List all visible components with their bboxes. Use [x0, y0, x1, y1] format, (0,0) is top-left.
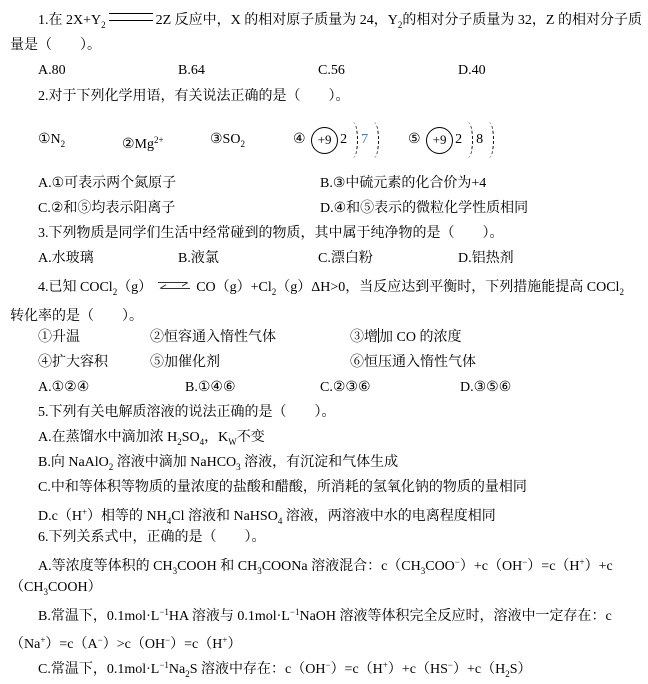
q1-options: A.80B.64C.56D.40 — [10, 58, 638, 83]
q5-option-b: B.向 NaAlO2 溶液中滴加 NaHCO3 溶液，有沉淀和气体生成 — [10, 450, 638, 475]
text-run: 2.对于下列化学用语，有关说法正确的是（ ）。 — [38, 89, 350, 104]
text-run: ②Mg — [122, 137, 154, 152]
q6-option-a-line2: （CH3COOH） — [10, 575, 638, 600]
text-run: 转化率的是（ ）。 — [10, 309, 143, 324]
q4-item-1: ①升温 — [38, 325, 80, 350]
q2-term-4-atom-diagram: ④ +927 — [293, 109, 382, 171]
text-run: B.③中硫元素的化合价为+4 — [320, 176, 486, 191]
q5-stem: 5.下列有关电解质溶液的说法正确的是（ ）。 — [10, 400, 638, 425]
text-run: 1.在 2X+Y — [38, 13, 101, 28]
text-run: B.①④⑥ — [185, 380, 236, 395]
text-run: 溶液，有沉淀和气体生成 — [241, 455, 399, 470]
electron-shell-arc — [348, 122, 358, 158]
text-run: C.漂白粉 — [318, 251, 373, 266]
text-run: （CH — [10, 580, 43, 595]
text-run: C.常温下，0.1mol·L — [38, 662, 159, 677]
text-run: ）+c（OH — [460, 559, 522, 574]
text-run: ）=c（H — [331, 662, 383, 677]
text-run: 溶液，两溶液中水的电离程度相同 — [282, 509, 496, 524]
q2-stem: 2.对于下列化学用语，有关说法正确的是（ ）。 — [10, 84, 638, 109]
text-run: 的相对分子质量为 32，Z 的相对分子质 — [402, 13, 642, 28]
q4-option-b: B.①④⑥ — [185, 375, 236, 400]
q5-option-c: C.中和等体积等物质的量浓度的盐酸和醋酸，所消耗的氢氧化钠的物质的量相同 — [10, 475, 638, 500]
text-run: ）=c（A — [45, 637, 97, 652]
text-run: ）+c（HS — [388, 662, 448, 677]
text-run: CO（g）+Cl — [196, 280, 272, 295]
text-run: 2 — [61, 139, 66, 149]
text-run: 2 — [240, 139, 245, 149]
q4-stem-line1: 4.已知 COCl2（g）CO（g）+Cl2（g）ΔH>0，当反应达到平衡时，下… — [10, 275, 638, 300]
text-run: 6.下列关系式中，正确的是（ ）。 — [38, 530, 266, 545]
q6-option-b-line2: （Na+）=c（A−）>c（OH−）=c（H+） — [10, 628, 638, 653]
text-run: A.在蒸馏水中滴加浓 H — [38, 430, 177, 445]
text-run: ，K — [204, 430, 228, 445]
text-run: ）=c（H — [170, 637, 222, 652]
q4-item-4: ④扩大容积 — [38, 350, 108, 375]
q6-option-b-line1: B.常温下，0.1mol·L−1HA 溶液与 0.1mol·L−1NaOH 溶液… — [10, 600, 638, 625]
text-run: ④扩大容积 — [38, 355, 108, 370]
text-run: ③SO — [210, 132, 240, 147]
text-run: W — [228, 437, 237, 447]
q4-option-a: A.①②④ — [38, 375, 89, 400]
text-run: B.向 NaAlO — [38, 455, 109, 470]
text-run: COO — [425, 559, 455, 574]
q2-options-ab: A.①可表示两个氮原子B.③中硫元素的化合价为+4 — [10, 171, 638, 196]
text-run: C.②和⑤均表示阳离子 — [38, 201, 175, 216]
text-run: ） — [227, 637, 241, 652]
q4-option-d: D.③⑤⑥ — [460, 375, 511, 400]
text-run: HA 溶液与 0.1mol·L — [169, 609, 290, 624]
text-run: 量是（ ）。 — [10, 38, 101, 53]
q4-item-3: ③增加 CO 的浓度 — [350, 325, 461, 350]
equilibrium-arrows-icon — [157, 279, 191, 293]
q4-options: A.①②④B.①④⑥C.②③⑥D.③⑤⑥ — [10, 375, 638, 400]
text-run: ③增 — [350, 330, 378, 345]
double-bond-line — [109, 13, 153, 21]
text-run: ①升温 — [38, 330, 80, 345]
q4-option-c: C.②③⑥ — [320, 375, 371, 400]
q4-items-row1: ①升温②恒容通入惰性气体③增加 CO 的浓度 — [10, 325, 638, 350]
q2-option-b: B.③中硫元素的化合价为+4 — [320, 171, 486, 196]
q4-item-2: ②恒容通入惰性气体 — [150, 325, 276, 350]
q1-option-b: B.64 — [178, 58, 205, 83]
q3-stem: 3.下列物质是同学们生活中经常碰到的物质，其中属于纯净物的是（ ）。 — [10, 221, 638, 246]
text-run: 加 CO 的浓度 — [379, 330, 461, 345]
q4-item-6: ⑥恒压通入惰性气体 — [350, 350, 476, 375]
text-run: C.②③⑥ — [320, 380, 371, 395]
text-run: 2Z 反应中，X 的相对原子质量为 24，Y — [156, 13, 398, 28]
text-run: A.①②④ — [38, 380, 89, 395]
q6-option-c: C.常温下，0.1mol·L−1Na2S 溶液中存在：c（OH−）=c（H+）+… — [10, 653, 638, 678]
q3-option-d: D.铝热剂 — [458, 246, 514, 271]
q6-option-a-line1: A.等浓度等体积的 CH3COOH 和 CH3COONa 溶液混合：c（CH3C… — [10, 550, 638, 575]
text-run: 5.下列有关电解质溶液的说法正确的是（ ）。 — [38, 405, 336, 420]
text-run: D.40 — [458, 63, 486, 78]
text-run: ）相等的 NH — [87, 509, 167, 524]
nucleus-charge: +9 — [311, 127, 338, 154]
text-run: 3.下列物质是同学们生活中经常碰到的物质，其中属于纯净物的是（ ）。 — [38, 226, 504, 241]
text-run: −1 — [159, 660, 169, 670]
text-run: 2+ — [154, 135, 164, 145]
q1-option-a: A.80 — [38, 58, 66, 83]
text-run: ）>c（OH — [103, 637, 165, 652]
text-run: ）+c — [585, 559, 613, 574]
text-run: ④ — [293, 132, 309, 147]
text-run: ①N — [38, 132, 61, 147]
text-run: 2 — [101, 20, 106, 30]
text-run: S 溶液中存在：c（OH — [190, 662, 326, 677]
q1-stem-line2: 量是（ ）。 — [10, 33, 638, 58]
q2-terms-row: ①N2②Mg2+③SO2④ +927⑤ +928 — [10, 109, 638, 171]
text-run: ②恒容通入惰性气体 — [150, 330, 276, 345]
text-run: D.c（H — [38, 509, 82, 524]
text-run: ⑤加催化剂 — [150, 355, 220, 370]
q2-term-5-atom-diagram: ⑤ +928 — [408, 109, 497, 171]
text-run: SO — [182, 430, 200, 445]
text-run: B.常温下，0.1mol·L — [38, 609, 159, 624]
q6-stem: 6.下列关系式中，正确的是（ ）。 — [10, 525, 638, 550]
text-run: （g） — [117, 280, 152, 295]
q3-option-c: C.漂白粉 — [318, 246, 373, 271]
text-run: 4.已知 COCl — [38, 280, 113, 295]
q2-term-1: ①N2 — [38, 109, 65, 175]
text-run: 2 — [340, 132, 347, 147]
q2-option-d: D.④和⑤表示的微粒化学性质相同 — [320, 196, 528, 221]
text-run: 7 — [361, 132, 368, 147]
text-run: 2 — [619, 287, 624, 297]
q3-option-a: A.水玻璃 — [38, 246, 94, 271]
q2-option-a: A.①可表示两个氮原子 — [38, 171, 176, 196]
text-run: COOH） — [48, 580, 102, 595]
electron-shell-arc — [484, 122, 494, 158]
text-run: S） — [510, 662, 532, 677]
text-run: A.水玻璃 — [38, 251, 94, 266]
text-run: COONa 溶液混合：c（CH — [262, 559, 421, 574]
q5-option-a: A.在蒸馏水中滴加浓 H2SO4，KW不变 — [10, 425, 638, 450]
text-run: B.液氯 — [178, 251, 219, 266]
text-run: A.等浓度等体积的 CH — [38, 559, 173, 574]
text-run: （g）ΔH>0，当反应达到平衡时，下列措施能提高 COCl — [276, 280, 619, 295]
electron-shell-arc — [463, 122, 473, 158]
nucleus-charge: +9 — [426, 127, 453, 154]
q3-options: A.水玻璃B.液氯C.漂白粉D.铝热剂 — [10, 246, 638, 271]
text-run: 溶液中滴加 NaHCO — [113, 455, 236, 470]
text-run: −1 — [159, 607, 169, 617]
text-run: 不变 — [237, 430, 265, 445]
q3-option-b: B.液氯 — [178, 246, 219, 271]
text-run: ）=c（H — [527, 559, 579, 574]
text-run: C.56 — [318, 63, 345, 78]
text-run: Na — [169, 662, 185, 677]
text-run: D.铝热剂 — [458, 251, 514, 266]
q1-stem-line1: 1.在 2X+Y22Z 反应中，X 的相对原子质量为 24，Y2的相对分子质量为… — [10, 8, 638, 33]
text-run: （Na — [10, 637, 40, 652]
text-run: ⑥恒压通入惰性气体 — [350, 355, 476, 370]
q2-term-2: ②Mg2+ — [122, 109, 164, 176]
q2-options-cd: C.②和⑤均表示阳离子D.④和⑤表示的微粒化学性质相同 — [10, 196, 638, 221]
q2-option-c: C.②和⑤均表示阳离子 — [38, 196, 175, 221]
q4-item-5: ⑤加催化剂 — [150, 350, 220, 375]
q2-term-3: ③SO2 — [210, 109, 245, 175]
text-run: B.64 — [178, 63, 205, 78]
text-run: D.③⑤⑥ — [460, 380, 511, 395]
electron-shell-arc — [369, 122, 379, 158]
text-run: ）+c（H — [453, 662, 505, 677]
q5-option-d: D.c（H+）相等的 NH4Cl 溶液和 NaHSO4 溶液，两溶液中水的电离程… — [10, 500, 638, 525]
text-run: NaOH 溶液等体积完全反应时，溶液中一定存在：c — [299, 609, 611, 624]
text-run: ⑤ — [408, 132, 424, 147]
text-run: Cl 溶液和 NaHSO — [171, 509, 278, 524]
text-run: 8 — [476, 132, 483, 147]
text-run: COOH 和 CH — [177, 559, 257, 574]
document-page: 1.在 2X+Y22Z 反应中，X 的相对原子质量为 24，Y2的相对分子质量为… — [0, 0, 648, 684]
text-run: A.80 — [38, 63, 66, 78]
q4-items-row2: ④扩大容积⑤加催化剂⑥恒压通入惰性气体 — [10, 350, 638, 375]
text-run: D.④和⑤表示的微粒化学性质相同 — [320, 201, 528, 216]
text-run: A.①可表示两个氮原子 — [38, 176, 176, 191]
text-run: C.中和等体积等物质的量浓度的盐酸和醋酸，所消耗的氢氧化钠的物质的量相同 — [38, 480, 527, 495]
text-run: 2 — [455, 132, 462, 147]
q1-option-d: D.40 — [458, 58, 486, 83]
q1-option-c: C.56 — [318, 58, 345, 83]
